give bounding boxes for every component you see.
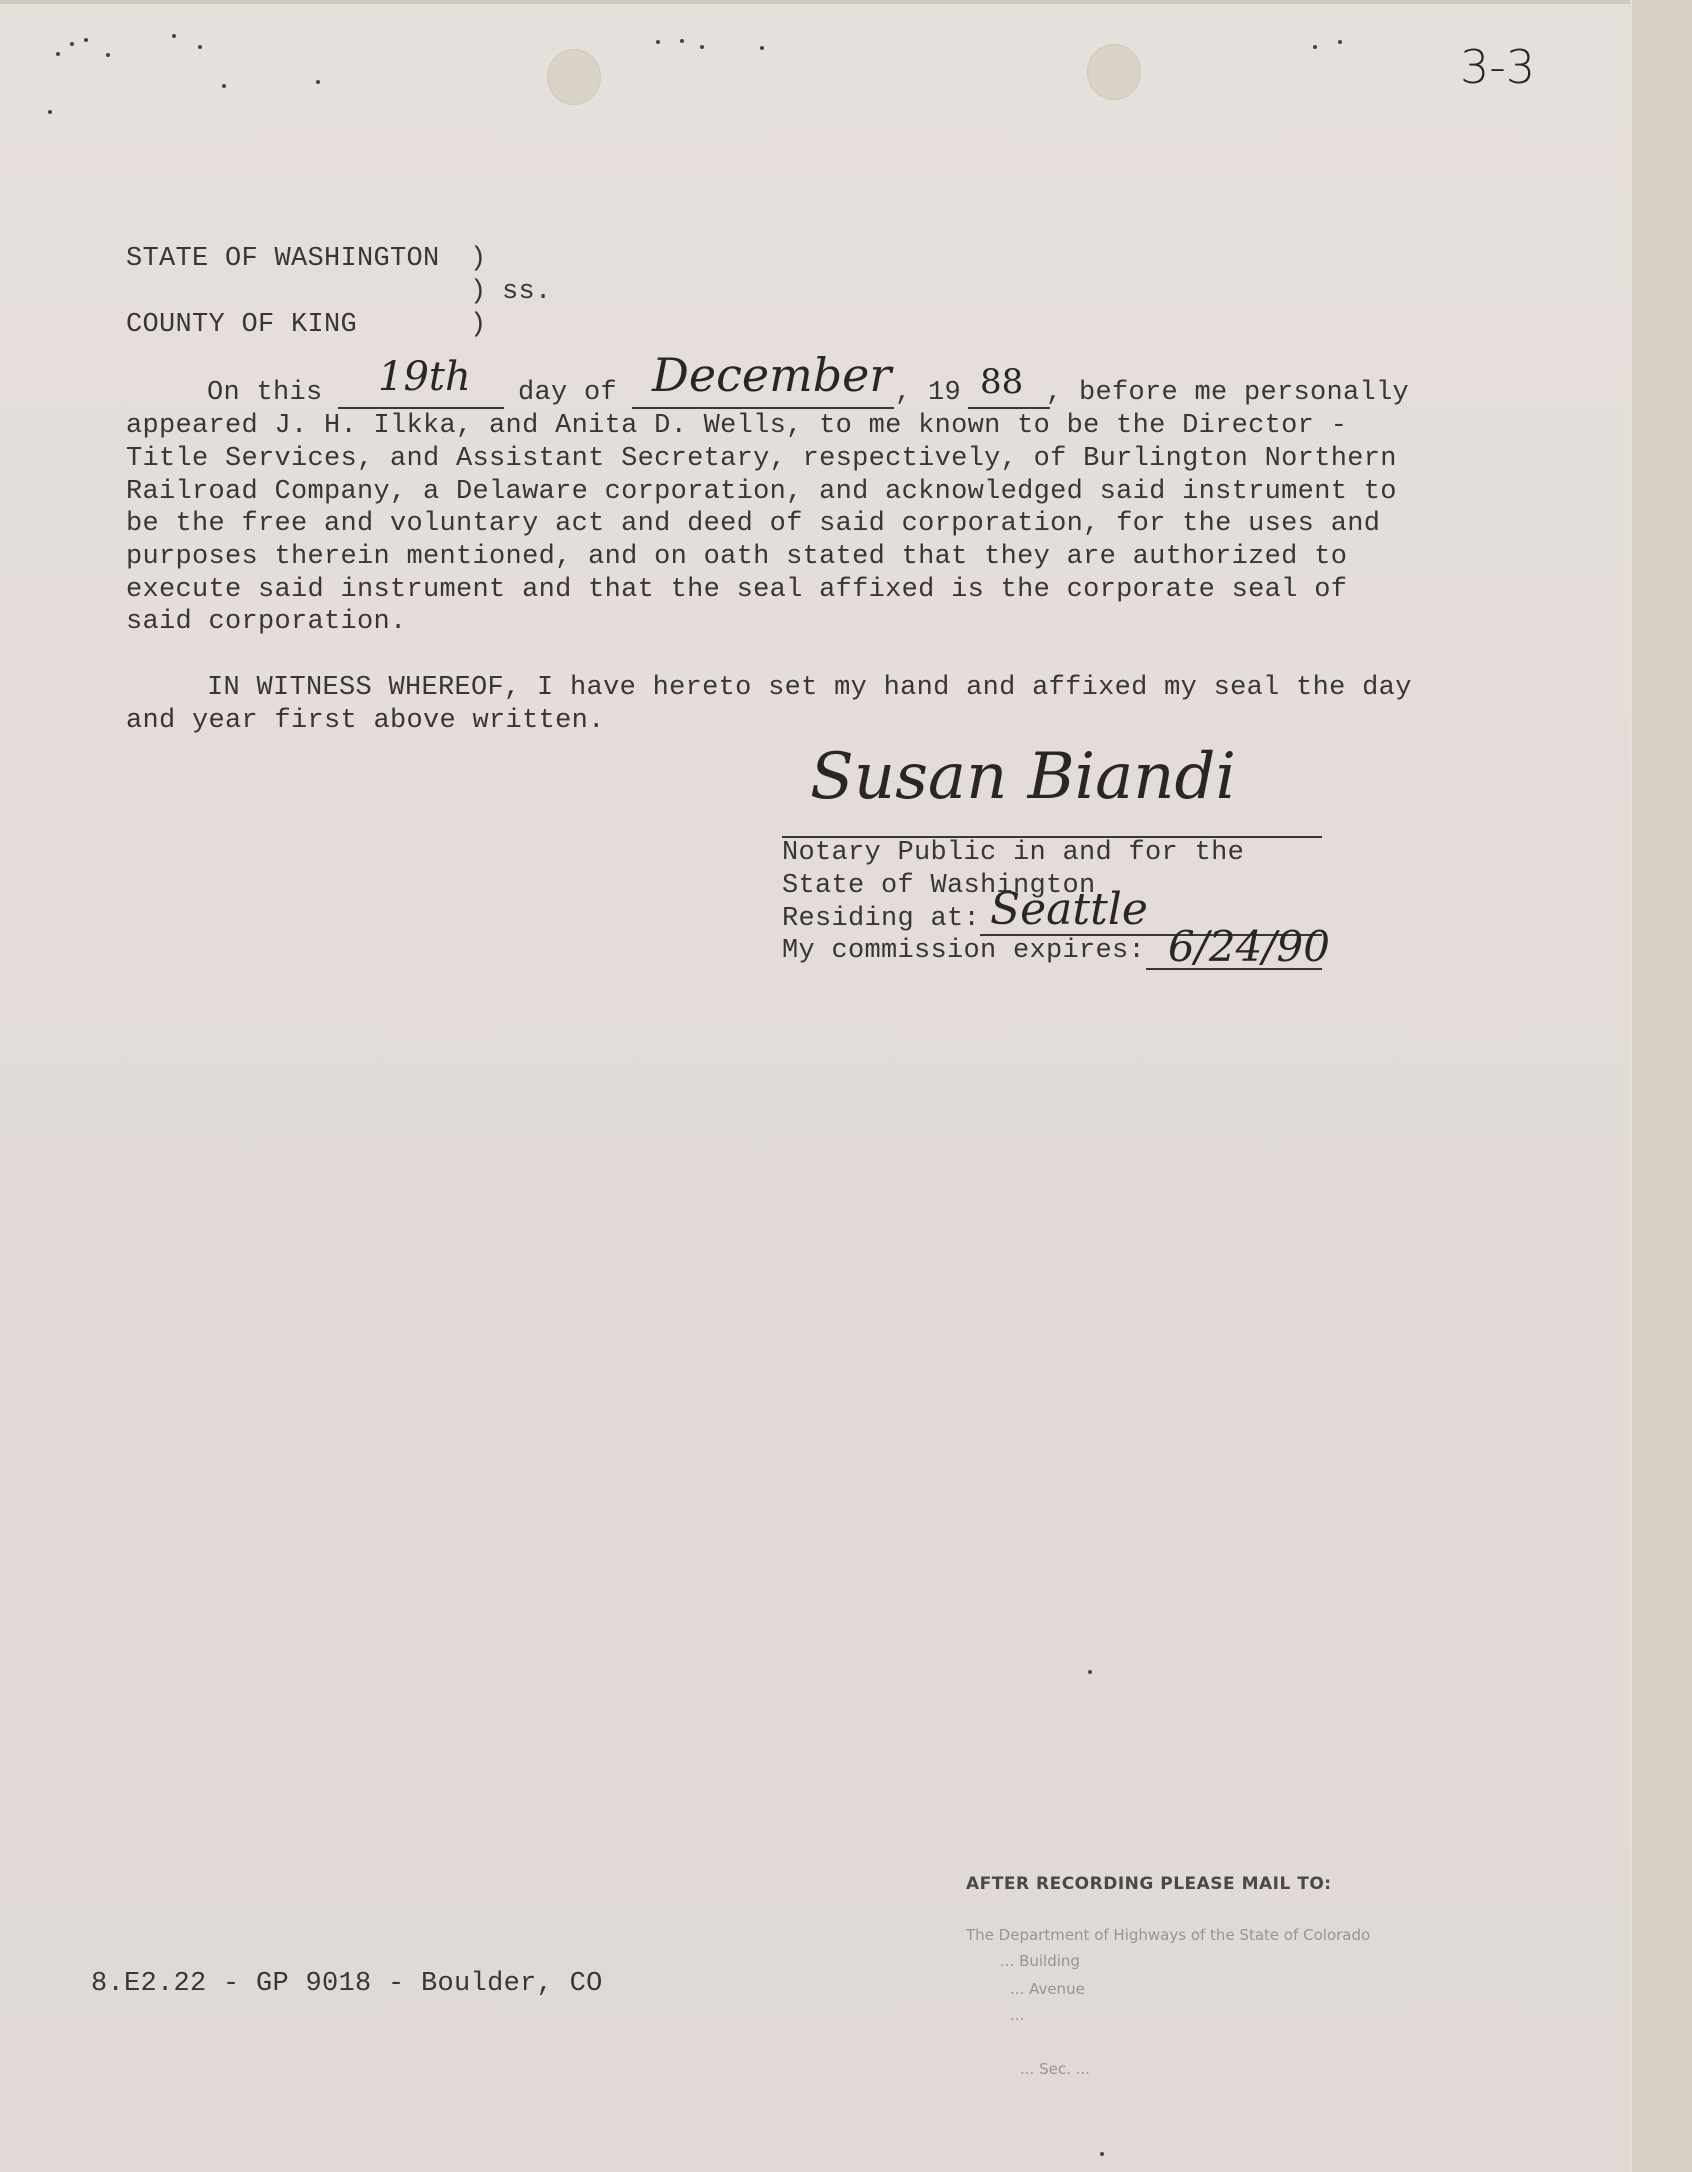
speck bbox=[222, 84, 226, 88]
speck bbox=[1313, 45, 1317, 49]
page-edge bbox=[0, 0, 1630, 4]
ack-line: purposes therein mentioned, and on oath … bbox=[126, 541, 1347, 574]
witness-line: and year first above written. bbox=[126, 705, 605, 738]
year-blank-line bbox=[968, 407, 1050, 409]
punch-hole-right bbox=[1087, 44, 1141, 100]
speck bbox=[84, 38, 88, 42]
ack-line: said corporation. bbox=[126, 606, 407, 639]
ack-prefix: On this bbox=[207, 377, 323, 410]
ack-line: execute said instrument and that the sea… bbox=[126, 574, 1347, 607]
speck bbox=[316, 80, 320, 84]
mail-stamp-line: The Department of Highways of the State … bbox=[966, 1926, 1370, 1944]
residing-value: Seattle bbox=[990, 884, 1148, 935]
ack-line: Title Services, and Assistant Secretary,… bbox=[126, 443, 1397, 476]
speck bbox=[172, 34, 176, 38]
venue-ss: ss. bbox=[502, 276, 552, 309]
speck bbox=[656, 40, 660, 44]
punch-hole-left bbox=[547, 49, 601, 105]
mail-stamp-heading: AFTER RECORDING PLEASE MAIL TO: bbox=[966, 1874, 1332, 1894]
mail-stamp-line: ... Avenue bbox=[1010, 1980, 1085, 1998]
month-filled: December bbox=[652, 348, 891, 402]
venue-paren-2: ) bbox=[470, 276, 487, 309]
venue-state: STATE OF WASHINGTON bbox=[126, 243, 440, 276]
ack-line: appeared J. H. Ilkka, and Anita D. Wells… bbox=[126, 410, 1347, 443]
notary-title-1: Notary Public in and for the bbox=[782, 837, 1244, 870]
witness-line: IN WITNESS WHEREOF, I have hereto set my… bbox=[207, 672, 1412, 705]
year-filled: 88 bbox=[980, 362, 1023, 402]
speck bbox=[760, 46, 764, 50]
venue-paren-1: ) bbox=[470, 243, 487, 276]
mail-stamp-line: ... bbox=[1010, 2006, 1024, 2024]
venue-paren-3: ) bbox=[470, 309, 487, 342]
speck bbox=[1100, 2152, 1104, 2156]
commission-value: 6/24/90 bbox=[1168, 922, 1330, 971]
speck bbox=[680, 39, 684, 43]
speck bbox=[1338, 40, 1342, 44]
speck bbox=[198, 45, 202, 49]
commission-label: My commission expires: bbox=[782, 935, 1145, 968]
page-number-handwritten: 3-3 bbox=[1460, 40, 1535, 94]
ack-day-of: day of bbox=[518, 377, 617, 410]
mail-stamp-line: ... Sec. ... bbox=[1020, 2060, 1090, 2078]
document-page: 3-3 STATE OF WASHINGTON ) ) ss. COUNTY O… bbox=[0, 0, 1630, 2172]
notary-signature: Susan Biandi bbox=[810, 740, 1236, 814]
ack-line1-suffix: , before me personally bbox=[1046, 377, 1409, 410]
ack-year-prefix: , 19 bbox=[895, 377, 961, 410]
speck bbox=[70, 42, 74, 46]
ack-line: Railroad Company, a Delaware corporation… bbox=[126, 476, 1397, 509]
residing-label: Residing at: bbox=[782, 903, 980, 936]
scan-background-strip bbox=[1630, 0, 1692, 2172]
day-filled: 19th bbox=[378, 354, 471, 400]
month-blank-line bbox=[632, 407, 894, 409]
ack-line: be the free and voluntary act and deed o… bbox=[126, 508, 1380, 541]
day-blank-line bbox=[338, 407, 504, 409]
venue-county: COUNTY OF KING bbox=[126, 309, 357, 342]
mail-stamp-line: ... Building bbox=[1000, 1952, 1080, 1970]
footer-reference: 8.E2.22 - GP 9018 - Boulder, CO bbox=[91, 1968, 603, 2001]
speck bbox=[48, 110, 52, 114]
speck bbox=[700, 45, 704, 49]
speck bbox=[106, 53, 110, 57]
speck bbox=[56, 52, 60, 56]
speck bbox=[1088, 1670, 1092, 1674]
